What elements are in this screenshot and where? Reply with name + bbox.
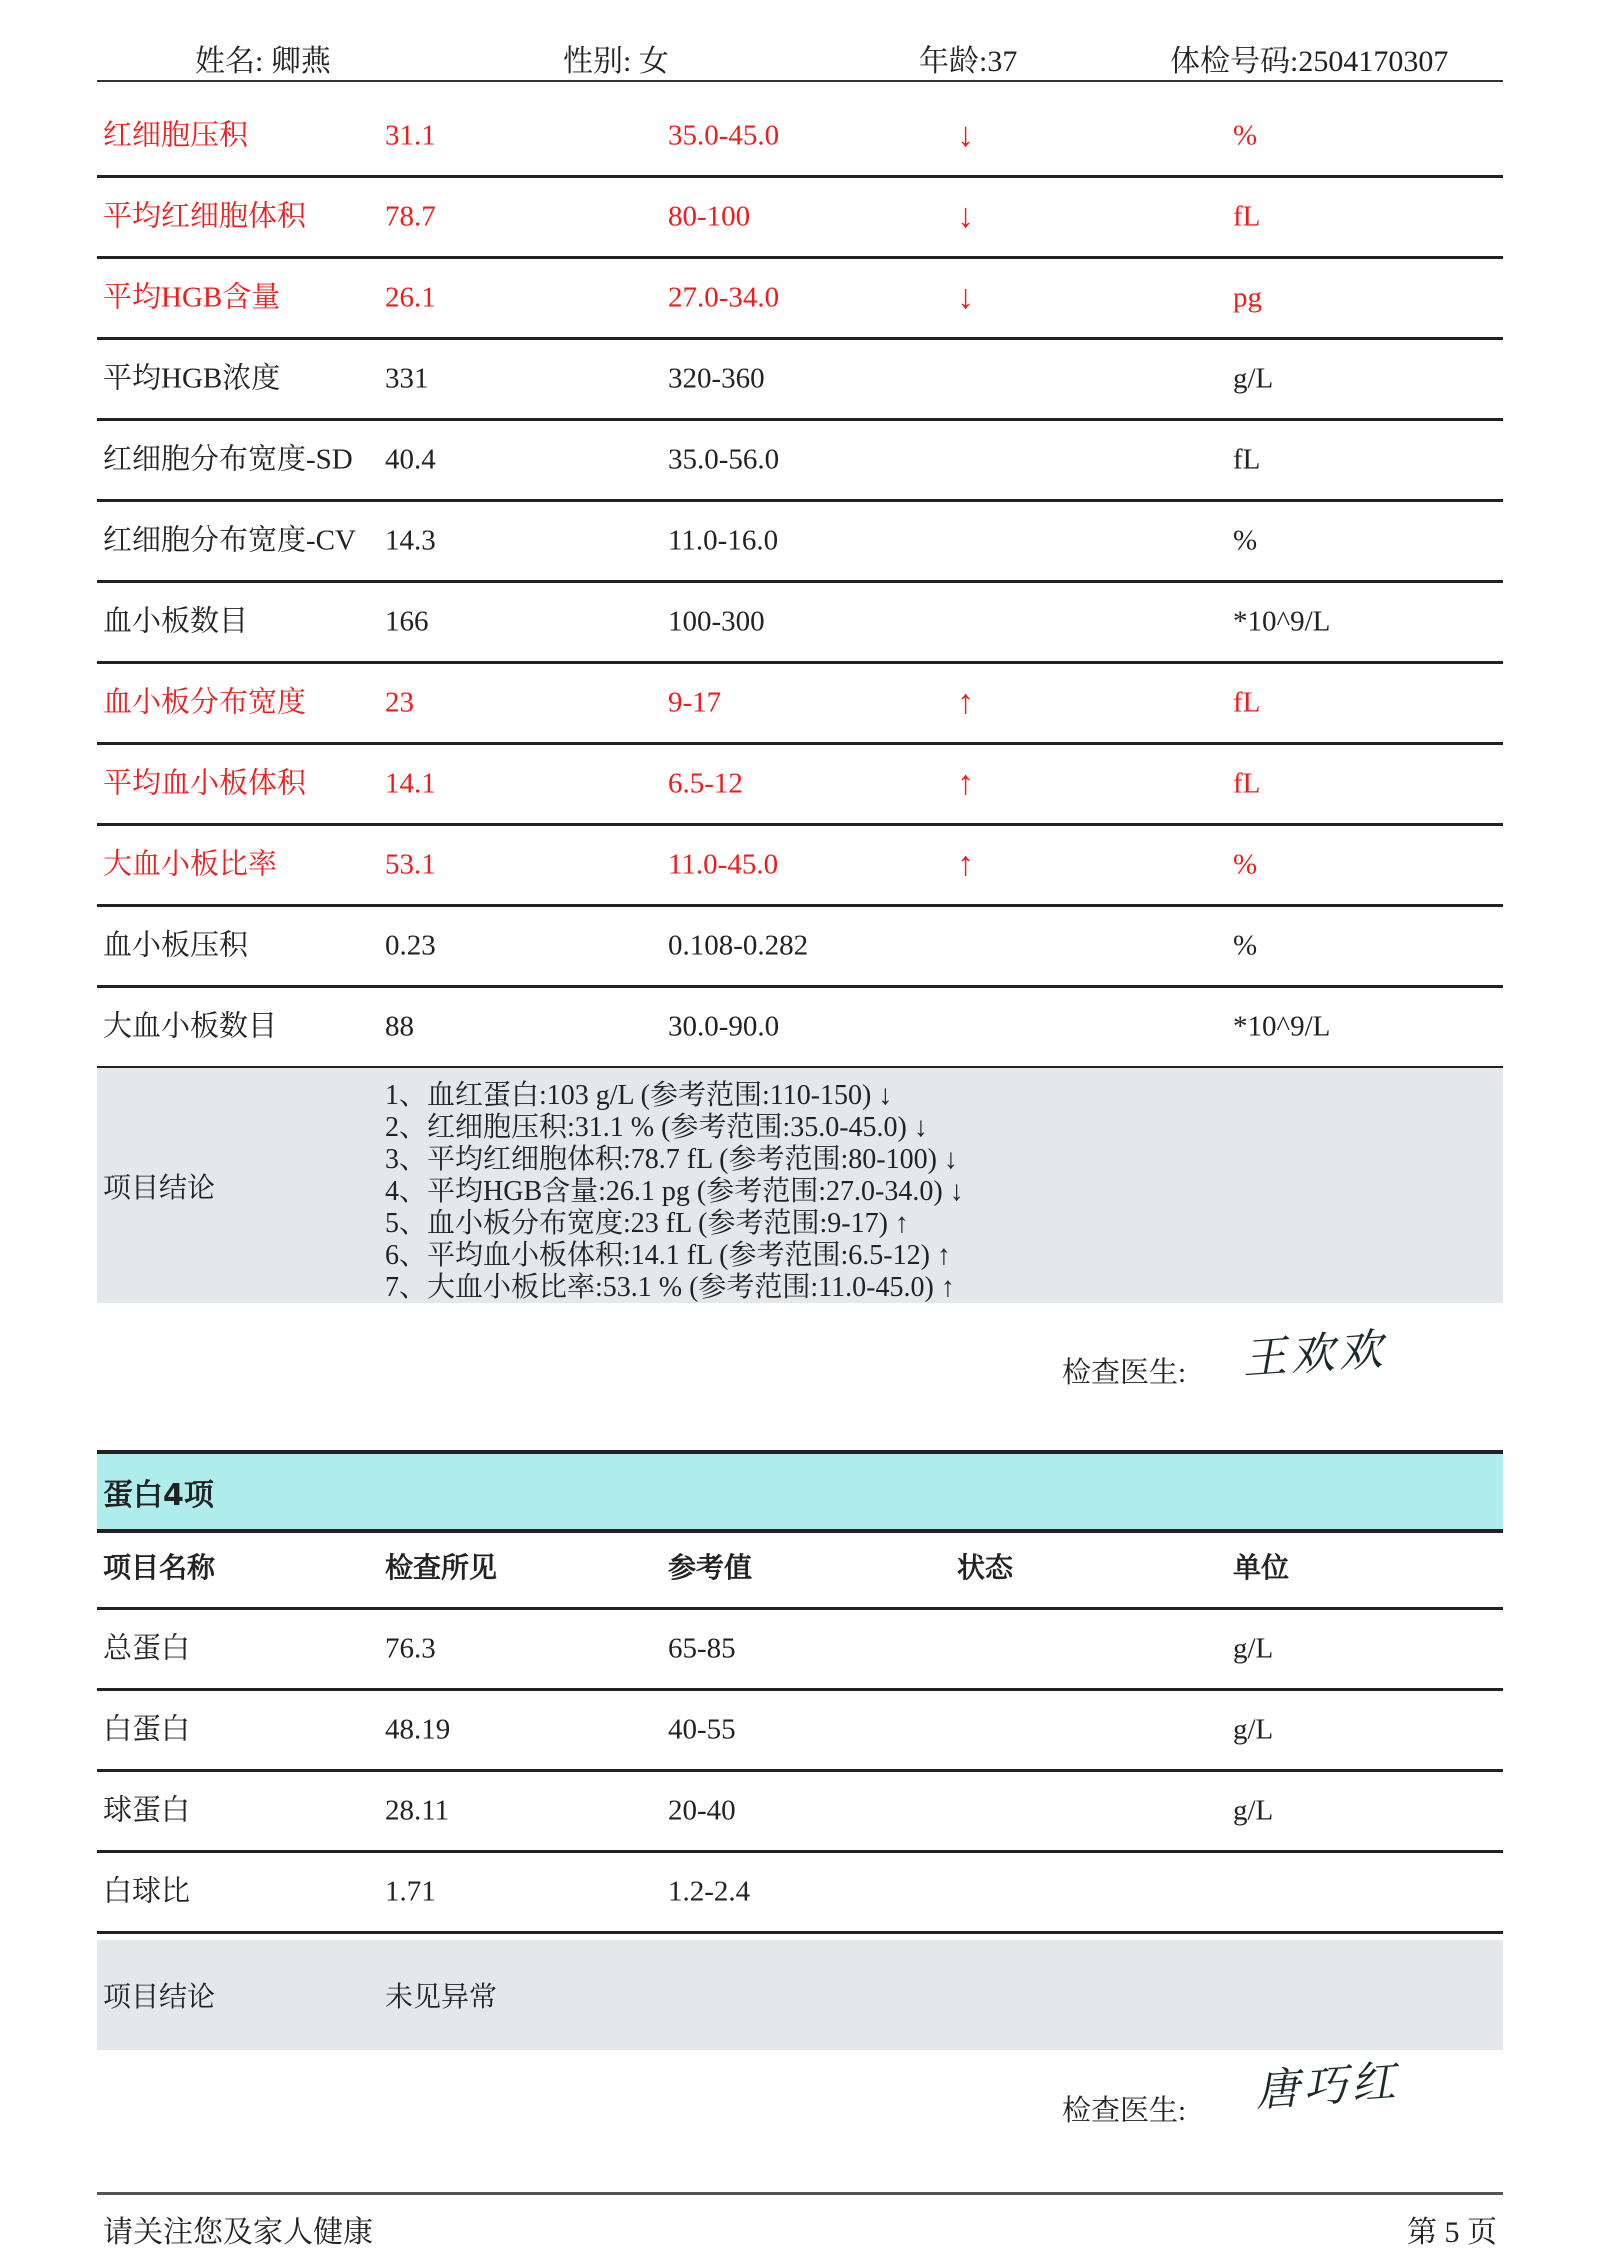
item-name: 红细胞分布宽度-SD — [103, 446, 373, 475]
item-reference: 1.2-2.4 — [668, 1878, 750, 1907]
item-name: 红细胞分布宽度-CV — [103, 527, 373, 556]
blood-routine-conclusion: 项目结论 1、血红蛋白:103 g/L (参考范围:110-150) ↓2、红细… — [97, 1068, 1503, 1303]
item-reference: 20-40 — [668, 1797, 736, 1826]
item-unit: *10^9/L — [1233, 608, 1330, 637]
item-reference: 320-360 — [668, 365, 765, 394]
table-row: 血小板数目166100-300*10^9/L — [97, 583, 1503, 664]
table-row: 大血小板数目8830.0-90.0*10^9/L — [97, 988, 1503, 1069]
item-unit: pg — [1233, 284, 1262, 313]
doctor-label: 检查医生: — [1062, 2095, 1186, 2127]
item-unit: fL — [1233, 446, 1260, 475]
exam-number: 体检号码:2504170307 — [1170, 36, 1448, 80]
item-value: 14.1 — [385, 770, 436, 799]
conclusion-label: 项目结论 — [103, 1975, 215, 2015]
item-unit: fL — [1233, 203, 1260, 232]
table-row: 白球比1.711.2-2.4 — [97, 1853, 1503, 1934]
col-header-name: 项目名称 — [103, 1554, 215, 1582]
item-name: 红细胞压积 — [103, 122, 248, 151]
table-row: 总蛋白76.365-85g/L — [97, 1610, 1503, 1691]
col-header-unit: 单位 — [1233, 1554, 1289, 1582]
conclusion-list: 1、血红蛋白:103 g/L (参考范围:110-150) ↓2、红细胞压积:3… — [385, 1080, 964, 1304]
item-value: 23 — [385, 689, 414, 718]
table-row: 红细胞分布宽度-SD40.435.0-56.0fL — [97, 421, 1503, 502]
table-row: 平均HGB含量26.127.0-34.0↓pg — [97, 259, 1503, 340]
item-value: 78.7 — [385, 203, 436, 232]
patient-header: 姓名: 卿燕 性别: 女 年龄:37 体检号码:2504170307 — [97, 30, 1503, 82]
item-value: 31.1 — [385, 122, 436, 151]
protein-conclusion: 项目结论 未见异常 — [97, 1940, 1503, 2050]
item-unit: g/L — [1233, 1797, 1273, 1826]
item-reference: 30.0-90.0 — [668, 1013, 779, 1042]
item-unit: % — [1233, 851, 1257, 880]
item-reference: 9-17 — [668, 689, 721, 718]
item-reference: 27.0-34.0 — [668, 284, 779, 313]
item-name: 血小板数目 — [103, 608, 248, 637]
table-row: 平均HGB浓度331320-360g/L — [97, 340, 1503, 421]
item-reference: 35.0-45.0 — [668, 122, 779, 151]
item-unit: % — [1233, 932, 1257, 961]
table-row: 大血小板比率53.111.0-45.0↑% — [97, 826, 1503, 907]
table-row: 白蛋白48.1940-55g/L — [97, 1691, 1503, 1772]
item-name: 球蛋白 — [103, 1797, 190, 1826]
item-unit: fL — [1233, 770, 1260, 799]
status-arrow-icon: ↓ — [957, 200, 974, 234]
page-number: 第 5 页 — [1407, 2207, 1497, 2251]
conclusion-text: 未见异常 — [385, 1975, 497, 2015]
item-name: 血小板压积 — [103, 932, 248, 961]
col-header-value: 检查所见 — [385, 1554, 497, 1582]
conclusion-label: 项目结论 — [103, 1166, 215, 1206]
table-row: 平均血小板体积14.16.5-12↑fL — [97, 745, 1503, 826]
item-name: 平均HGB浓度 — [103, 365, 280, 394]
col-header-ref: 参考值 — [668, 1554, 752, 1582]
status-arrow-icon: ↑ — [957, 767, 974, 801]
item-name: 血小板分布宽度 — [103, 689, 306, 718]
item-reference: 40-55 — [668, 1716, 736, 1745]
conclusion-item: 4、平均HGB含量:26.1 pg (参考范围:27.0-34.0) ↓ — [385, 1176, 964, 1208]
item-value: 26.1 — [385, 284, 436, 313]
conclusion-item: 6、平均血小板体积:14.1 fL (参考范围:6.5-12) ↑ — [385, 1240, 964, 1272]
item-name: 总蛋白 — [103, 1635, 190, 1664]
item-value: 28.11 — [385, 1797, 449, 1826]
table-row: 血小板压积0.230.108-0.282% — [97, 907, 1503, 988]
item-reference: 80-100 — [668, 203, 750, 232]
item-name: 大血小板比率 — [103, 851, 277, 880]
item-reference: 35.0-56.0 — [668, 446, 779, 475]
patient-age: 年龄:37 — [919, 36, 1017, 80]
table-row: 红细胞分布宽度-CV14.311.0-16.0% — [97, 502, 1503, 583]
item-reference: 100-300 — [668, 608, 765, 637]
item-unit: *10^9/L — [1233, 1013, 1330, 1042]
item-name: 平均HGB含量 — [103, 284, 280, 313]
item-unit: fL — [1233, 689, 1260, 718]
item-value: 48.19 — [385, 1716, 450, 1745]
page-footer: 请关注您及家人健康 第 5 页 — [97, 2192, 1503, 2195]
status-arrow-icon: ↓ — [957, 281, 974, 315]
doctor-signature-block: 检查医生: — [1062, 1350, 1186, 1391]
item-name: 平均红细胞体积 — [103, 203, 306, 232]
item-name: 大血小板数目 — [103, 1013, 277, 1042]
item-value: 40.4 — [385, 446, 436, 475]
item-value: 0.23 — [385, 932, 436, 961]
patient-name: 姓名: 卿燕 — [195, 36, 331, 80]
item-name: 白球比 — [103, 1878, 190, 1907]
item-value: 331 — [385, 365, 429, 394]
conclusion-item: 5、血小板分布宽度:23 fL (参考范围:9-17) ↑ — [385, 1208, 964, 1240]
item-reference: 11.0-16.0 — [668, 527, 778, 556]
status-arrow-icon: ↑ — [957, 686, 974, 720]
col-header-status: 状态 — [957, 1554, 1013, 1582]
conclusion-item: 7、大血小板比率:53.1 % (参考范围:11.0-45.0) ↑ — [385, 1272, 964, 1304]
item-value: 53.1 — [385, 851, 436, 880]
section-title-protein: 蛋白4项 — [97, 1450, 1503, 1533]
item-unit: g/L — [1233, 365, 1273, 394]
item-reference: 0.108-0.282 — [668, 932, 808, 961]
status-arrow-icon: ↑ — [957, 848, 974, 882]
item-unit: g/L — [1233, 1635, 1273, 1664]
item-name: 白蛋白 — [103, 1716, 190, 1745]
doctor-signature: 唐巧红 — [1253, 2045, 1401, 2119]
doctor-label: 检查医生: — [1062, 1357, 1186, 1389]
conclusion-item: 2、红细胞压积:31.1 % (参考范围:35.0-45.0) ↓ — [385, 1112, 964, 1144]
footer-slogan: 请关注您及家人健康 — [103, 2207, 373, 2251]
item-name: 平均血小板体积 — [103, 770, 306, 799]
conclusion-item: 1、血红蛋白:103 g/L (参考范围:110-150) ↓ — [385, 1080, 964, 1112]
item-unit: % — [1233, 122, 1257, 151]
status-arrow-icon: ↓ — [957, 119, 974, 153]
table-row: 血小板分布宽度239-17↑fL — [97, 664, 1503, 745]
item-value: 14.3 — [385, 527, 436, 556]
item-unit: % — [1233, 527, 1257, 556]
item-reference: 6.5-12 — [668, 770, 743, 799]
table-row: 红细胞压积31.135.0-45.0↓% — [97, 97, 1503, 178]
doctor-signature-block: 检查医生: — [1062, 2088, 1186, 2129]
item-reference: 65-85 — [668, 1635, 736, 1664]
item-unit: g/L — [1233, 1716, 1273, 1745]
item-value: 166 — [385, 608, 429, 637]
item-value: 76.3 — [385, 1635, 436, 1664]
protein-table-header: 项目名称 检查所见 参考值 状态 单位 — [97, 1529, 1503, 1610]
item-reference: 11.0-45.0 — [668, 851, 778, 880]
table-row: 球蛋白28.1120-40g/L — [97, 1772, 1503, 1853]
item-value: 1.71 — [385, 1878, 436, 1907]
table-row: 平均红细胞体积78.780-100↓fL — [97, 178, 1503, 259]
conclusion-item: 3、平均红细胞体积:78.7 fL (参考范围:80-100) ↓ — [385, 1144, 964, 1176]
item-value: 88 — [385, 1013, 414, 1042]
doctor-signature: 王欢欢 — [1240, 1313, 1388, 1387]
patient-gender: 性别: 女 — [563, 36, 669, 80]
